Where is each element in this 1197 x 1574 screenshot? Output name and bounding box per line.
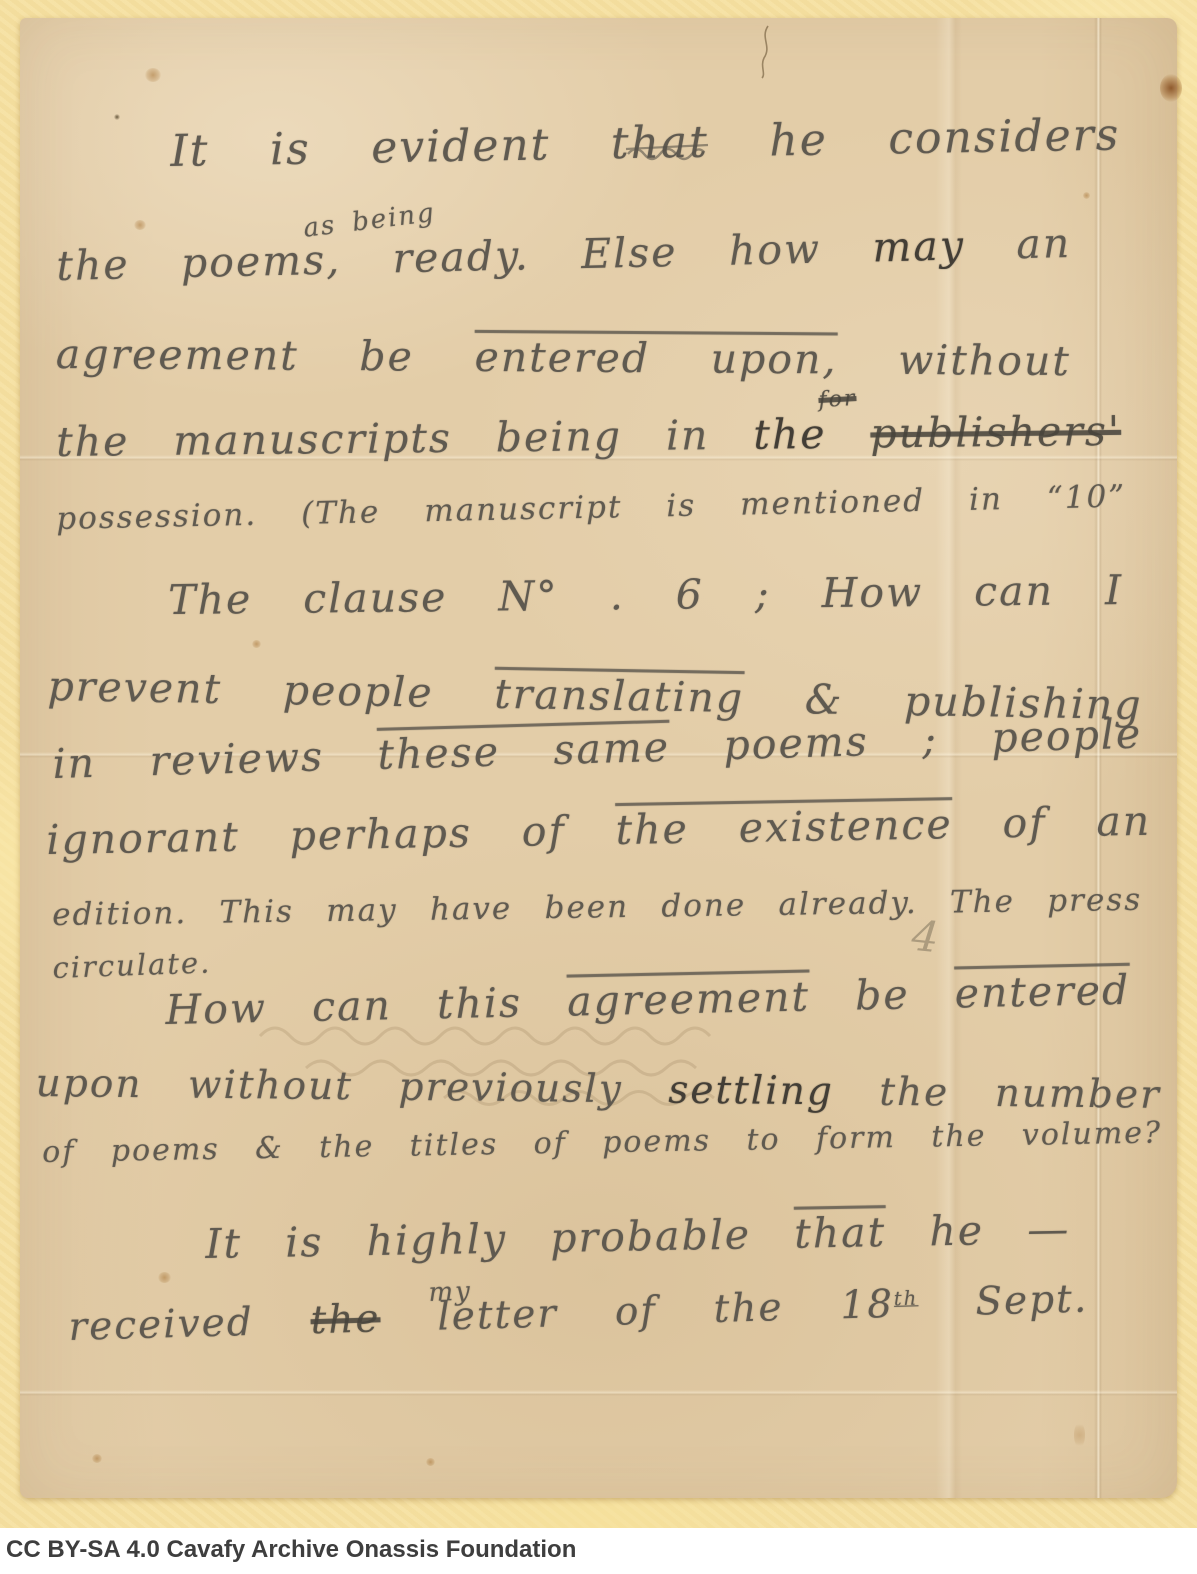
license-caption: CC BY-SA 4.0 Cavafy Archive Onassis Foun…	[0, 1528, 1197, 1572]
interlinear-deletion-for: for	[818, 388, 857, 412]
caption-bar: CC BY-SA 4.0 Cavafy Archive Onassis Foun…	[0, 1528, 1197, 1574]
handwritten-line-11: circulate.	[52, 948, 212, 983]
handwritten-line-3: agreement be entered upon, without	[56, 334, 1071, 382]
handwritten-line-4: the manuscripts being in the publishers'	[56, 411, 1121, 463]
paper-crack-mark	[752, 24, 778, 80]
background-mat: 4 It is evident that he considersas bein…	[0, 0, 1197, 1574]
handwritten-line-6: The clause N° . 6 ; How can I	[168, 570, 1123, 621]
handwritten-line-13: upon without previously settling the num…	[36, 1064, 1161, 1115]
